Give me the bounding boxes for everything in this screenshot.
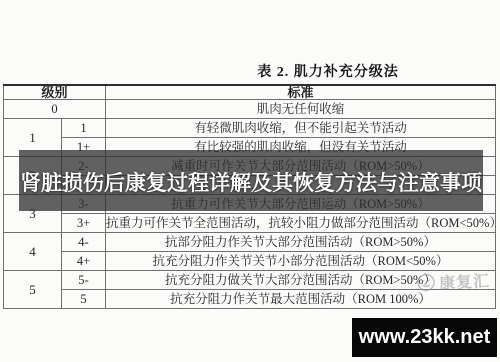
article-image: 表 2. 肌力补充分级法 级别 标准 0 肌肉无任何收缩 1 1 有轻微肌肉收缩… xyxy=(0,0,500,362)
standard-cell: 肌肉无任何收缩 xyxy=(106,100,496,119)
sublevel-cell: 4- xyxy=(62,233,106,252)
site-url-badge: www.23kk.net xyxy=(352,318,497,357)
headline-text: 肾脏损伤后康复过程详解及其恢复方法与注意事项 xyxy=(20,167,482,197)
smiley-logo-icon xyxy=(416,272,437,293)
sublevel-cell: 4+ xyxy=(62,252,106,271)
table-row-1: 1 1 有轻微肌肉收缩，但不能引起关节活动 xyxy=(4,119,496,138)
standard-cell: 抗部分阻力作关节大部分范围活动（ROM>50%） xyxy=(106,233,496,252)
sublevel-cell: 5- xyxy=(62,271,106,290)
level-group-cell: 5 xyxy=(4,271,62,309)
standard-cell: 抗充分阻力作关节关节小部分范围活动（ROM<50%） xyxy=(106,252,496,271)
column-header-level: 级别 xyxy=(4,85,106,100)
table-row-3plus: 3+ 抗重力可作关节全范围活动，抗较小阻力做部分范围活动（ROM<50%） xyxy=(4,214,496,233)
table-header-row: 级别 标准 xyxy=(4,85,496,100)
table-row-4minus: 4 4- 抗部分阻力作关节大部分范围活动（ROM>50%） xyxy=(4,233,496,252)
brand-watermark: 康复汇 xyxy=(415,266,490,296)
sublevel-cell: 5 xyxy=(62,290,106,309)
table-row-0: 0 肌肉无任何收缩 xyxy=(4,100,496,119)
sublevel-cell: 1 xyxy=(62,119,106,138)
brand-watermark-text: 康复汇 xyxy=(438,268,490,294)
table-title: 表 2. 肌力补充分级法 xyxy=(257,61,399,81)
level-group-cell: 4 xyxy=(4,233,62,271)
sublevel-cell: 3+ xyxy=(62,214,106,233)
level-cell: 0 xyxy=(4,100,106,119)
table-row-4plus: 4+ 抗充分阻力作关节关节小部分范围活动（ROM<50%） xyxy=(4,252,496,271)
headline-overlay-banner: 肾脏损伤后康复过程详解及其恢复方法与注意事项 xyxy=(19,150,483,211)
standard-cell: 有轻微肌肉收缩，但不能引起关节活动 xyxy=(106,119,496,138)
standard-cell: 抗重力可作关节全范围活动，抗较小阻力做部分范围活动（ROM<50%） xyxy=(106,214,496,233)
site-url-text: www.23kk.net xyxy=(359,326,491,349)
column-header-standard: 标准 xyxy=(106,85,496,100)
